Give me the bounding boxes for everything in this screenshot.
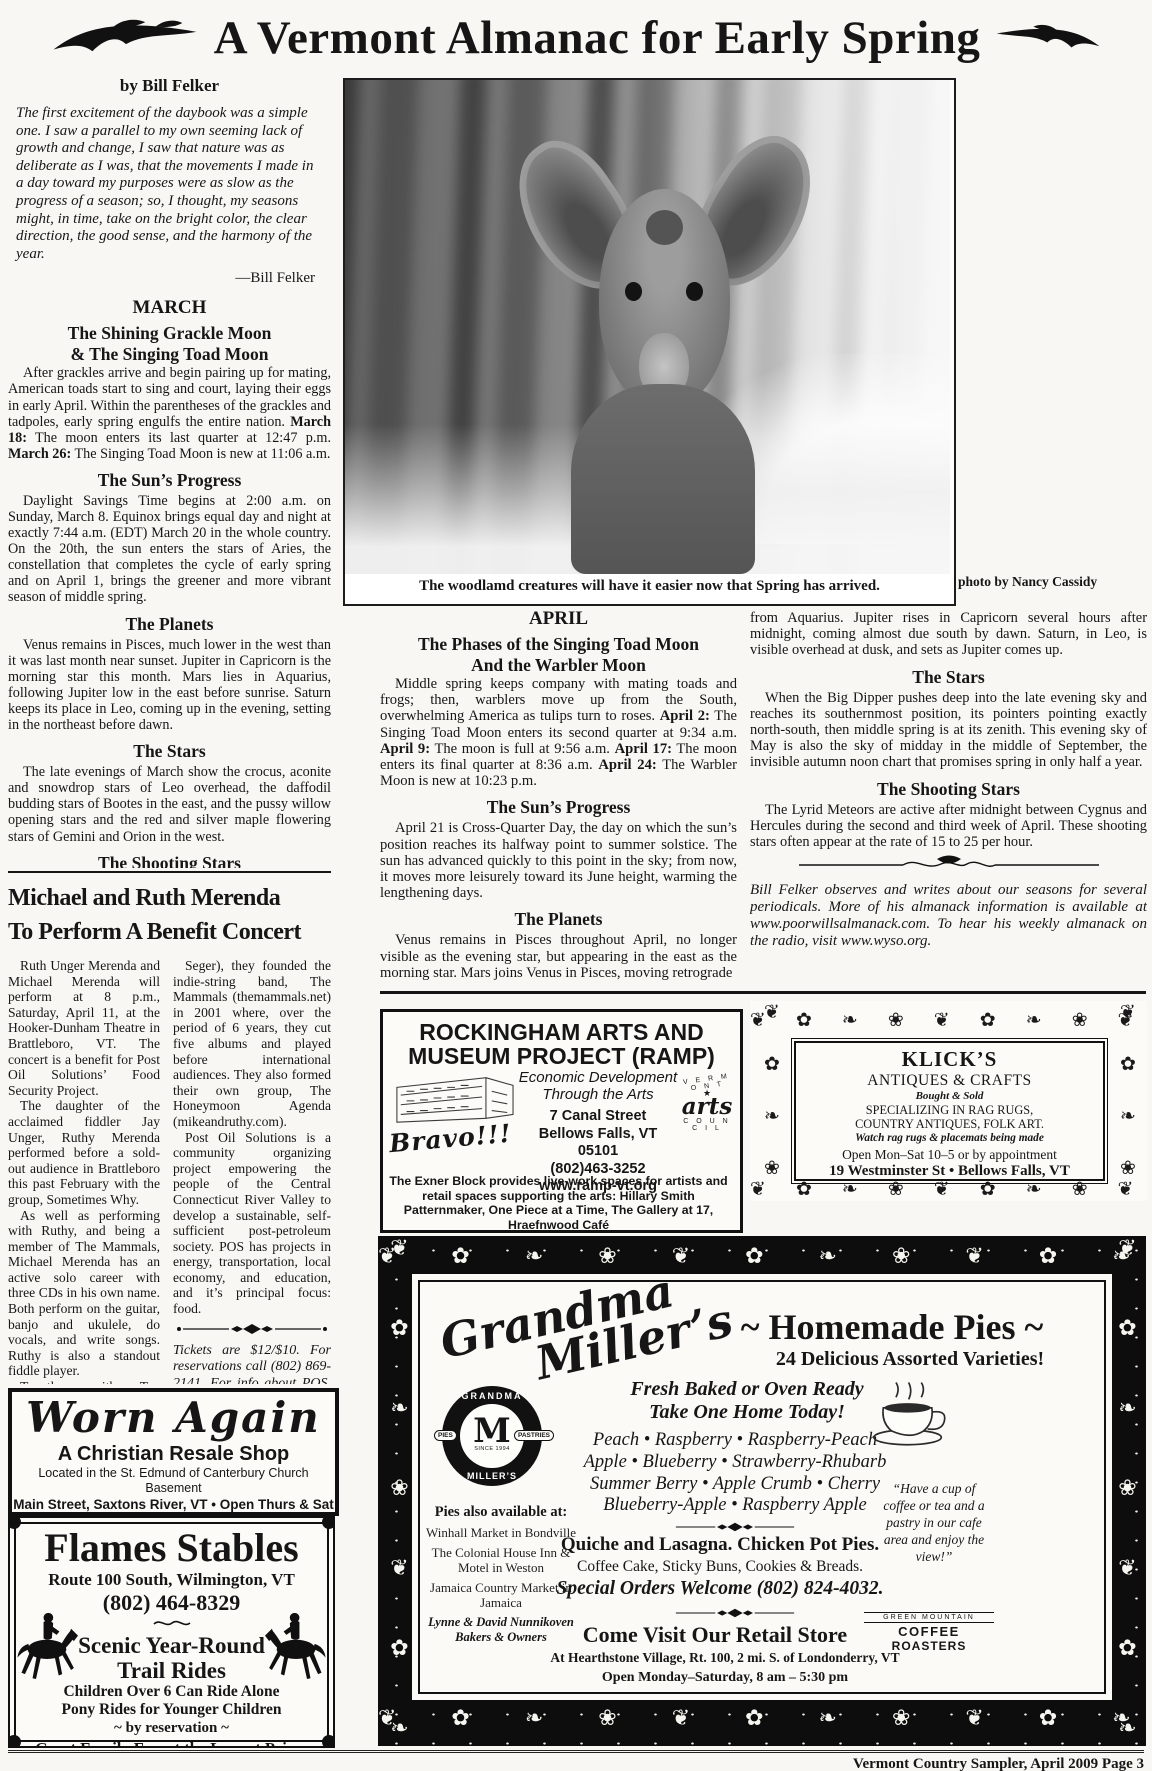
worn-again-ad: Worn Again A Christian Resale Shop Locat… <box>8 1388 339 1516</box>
grandma-millers-logo: GRANDMA M SINCE 1994 PIES PASTRIES MILLE… <box>442 1386 542 1486</box>
klicks-inner: KLICK’S ANTIQUES & CRAFTS Bought & Sold … <box>794 1041 1105 1181</box>
klicks-bought-sold: Bought & Sold <box>796 1090 1103 1102</box>
arts-council-council: C O U N C I L <box>680 1118 734 1132</box>
klicks-specialty-1: SPECIALIZING IN RAG RUGS, <box>796 1104 1103 1118</box>
april-stars-paragraph: When the Big Dipper pushes deep into the… <box>750 690 1147 771</box>
ramp-tagline-1: Economic Development <box>517 1069 679 1086</box>
ramp-city: Bellows Falls, VT 05101 <box>517 1126 679 1161</box>
april-sun-paragraph: April 21 is Cross-Quarter Day, the day o… <box>380 820 737 901</box>
merenda-paragraph: Ruth Unger Merenda and Michael Merenda w… <box>8 958 160 1098</box>
april-shooting-heading: The Shooting Stars <box>750 779 1147 799</box>
ramp-street: 7 Canal Street <box>517 1108 679 1126</box>
klicks-name: KLICK’S <box>796 1047 1103 1072</box>
floral-border-top: ❦ ✿ ❧ ❀ ❦ ✿ ❧ ❀ ❦ ✿ ❧ ❀ ❦ ✿ ❧ ❀ ❦ ✿ ❧ ❀ … <box>378 1236 1146 1280</box>
gmcr-roasters: ROASTERS <box>864 1639 994 1653</box>
klicks-address: 19 Westminster St • Bellows Falls, VT <box>796 1163 1103 1180</box>
coffee-cup-icon <box>868 1372 964 1455</box>
varieties-subhead: 24 Delicious Assorted Varieties! <box>700 1348 1120 1371</box>
quiche-line: Quiche and Lasagna. Chicken Pot Pies. <box>510 1534 930 1556</box>
flames-family-fun: Great Family Fun at the Lowest Prices Ar… <box>10 1739 333 1748</box>
page-footer: Vermont Country Sampler, April 2009 Page… <box>8 1750 1144 1771</box>
april-sun-heading: The Sun’s Progress <box>380 797 737 817</box>
klicks-antiques-crafts: ANTIQUES & CRAFTS <box>796 1072 1103 1090</box>
intro-attribution: —Bill Felker <box>8 270 331 287</box>
special-orders-line: Special Orders Welcome (802) 824-4032. <box>510 1578 930 1600</box>
vermont-arts-council-logo: V E R M O N T ★ arts C O U N C I L <box>680 1076 734 1132</box>
flames-pony: Pony Rides for Younger Children <box>10 1701 333 1719</box>
flames-reservation: ~ by reservation ~ <box>10 1719 333 1737</box>
march-sun-paragraph: Daylight Savings Time begins at 2:00 a.m… <box>8 493 331 606</box>
april-moon-title-1: The Phases of the Singing Toad Moon <box>380 634 737 655</box>
klicks-watch: Watch rag rugs & placemats being made <box>796 1132 1103 1144</box>
floral-border-bottom: ❦ ✿ ❧ ❀ ❦ ✿ ❧ ❀ ❦ ✿ ❧ ❀ ❦ ✿ ❧ ❀ ❦ ✿ ❧ ❀ … <box>750 1179 1147 1201</box>
worn-again-subtitle: A Christian Resale Shop <box>12 1442 335 1466</box>
merenda-columns: Ruth Unger Merenda and Michael Merenda w… <box>8 958 331 1384</box>
merenda-paragraph: As well as performing with Ruthy, and be… <box>8 1208 160 1380</box>
photo-caption: The woodlamd creatures will have it easi… <box>345 574 954 598</box>
deer-eye-left <box>625 282 642 301</box>
gmcr-coffee: COFFEE <box>864 1624 994 1639</box>
deer-photo-figure: The woodlamd creatures will have it easi… <box>343 78 956 606</box>
masthead: A Vermont Almanac for Early Spring <box>0 6 1152 70</box>
logo-millers-arc: MILLER’S <box>442 1471 542 1481</box>
april-moon-paragraph: Middle spring keeps company with mating … <box>380 676 737 789</box>
march-moon-paragraph: After grackles arrive and begin pairing … <box>8 365 331 462</box>
photo-credit: photo by Nancy Cassidy <box>958 574 1148 590</box>
march-stars-heading: The Stars <box>8 741 331 761</box>
horse-rider-silhouette-left-icon <box>16 1598 78 1703</box>
march-sun-heading: The Sun’s Progress <box>8 470 331 490</box>
floral-border-top: ❦ ✿ ❧ ❀ ❦ ✿ ❧ ❀ ❦ ✿ ❧ ❀ ❦ ✿ ❧ ❀ ❦ ✿ ❧ ❀ … <box>750 1001 1147 1041</box>
worn-again-location: Located in the St. Edmund of Canterbury … <box>12 1466 335 1496</box>
merenda-paragraph: Seger), they founded the indie-string ba… <box>173 958 331 1130</box>
coffee-cake-line: Coffee Cake, Sticky Buns, Cookies & Brea… <box>510 1558 930 1576</box>
logo-grandma-arc: GRANDMA <box>442 1391 542 1401</box>
newspaper-page: A Vermont Almanac for Early Spring by Bi… <box>0 0 1152 1771</box>
march-planets-heading: The Planets <box>8 614 331 634</box>
klicks-tagline: Just south of the square • (802) 463-965… <box>796 1180 1103 1181</box>
floral-border-bottom: ❦ ✿ ❧ ❀ ❦ ✿ ❧ ❀ ❦ ✿ ❧ ❀ ❦ ✿ ❧ ❀ ❦ ✿ ❧ ❀ … <box>378 1694 1146 1746</box>
green-mountain-coffee-logo: GREEN MOUNTAIN COFFEE ROASTERS <box>864 1612 994 1653</box>
deer <box>527 110 805 574</box>
arts-council-word: arts <box>680 1096 734 1118</box>
april-stars-heading: The Stars <box>750 667 1147 687</box>
deer-body <box>571 384 755 574</box>
masthead-title: A Vermont Almanac for Early Spring <box>214 11 981 65</box>
worn-again-name: Worn Again <box>12 1394 335 1442</box>
flames-route: Route 100 South, Wilmington, VT <box>10 1570 333 1590</box>
march-planets-paragraph: Venus remains in Pisces, much lower in t… <box>8 637 331 734</box>
march-moon-title-2: & The Singing Toad Moon <box>8 344 331 365</box>
april-shooting-paragraph: The Lyrid Meteors are active after midni… <box>750 802 1147 851</box>
almanac-april-column-2: from Aquarius. Jupiter rises in Capricor… <box>750 604 1147 988</box>
worn-again-address: Main Street, Saxtons River, VT • Open Th… <box>12 1496 335 1516</box>
floral-border-left: ❦ ✿ ❧ ❀ ❦ ✿ ❧ ❀ ❦ ✿ ❧ ❀ ❦ ✿ <box>750 1001 792 1201</box>
swirl-divider-icon <box>799 855 1099 878</box>
ads-rule <box>380 991 1146 994</box>
ramp-ad: ROCKINGHAM ARTS AND MUSEUM PROJECT (RAMP… <box>380 1009 743 1233</box>
cafe-quote: “Have a cup of coffee or tea and a pastr… <box>878 1480 990 1565</box>
grandma-inner: Grandma Miller’s ~ Homemade Pies ~ 24 De… <box>418 1280 1106 1694</box>
ramp-title-2: MUSEUM PROJECT (RAMP) <box>383 1044 740 1068</box>
logo-pies-pill: PIES <box>434 1430 457 1441</box>
klicks-hours: Open Mon–Sat 10–5 or by appointment <box>796 1147 1103 1163</box>
squiggle-ornament-icon <box>152 1615 192 1632</box>
march-heading: MARCH <box>8 297 331 319</box>
grandma-millers-ad: ❦ ✿ ❧ ❀ ❦ ✿ ❧ ❀ ❦ ✿ ❧ ❀ ❦ ✿ ❧ ❀ ❦ ✿ ❧ ❀ … <box>378 1236 1146 1746</box>
merenda-headline-2: To Perform A Benefit Concert <box>8 917 331 947</box>
section-rule <box>8 871 331 873</box>
march-moon-title-1: The Shining Grackle Moon <box>8 323 331 344</box>
april-planets-continued: from Aquarius. Jupiter rises in Capricor… <box>750 610 1147 659</box>
store-hours: Open Monday–Saturday, 8 am – 5:30 pm <box>515 1670 935 1686</box>
april-planets-heading: The Planets <box>380 909 737 929</box>
merenda-paragraph: Together with Tao Rodriguez (grandson of… <box>8 1379 160 1384</box>
homemade-pies-headline: ~ Homemade Pies ~ <box>682 1306 1102 1348</box>
diamond-divider-icon <box>177 1322 327 1341</box>
retail-store-headline: Come Visit Our Retail Store <box>505 1622 925 1648</box>
pies-also-title: Pies also available at: <box>422 1504 580 1521</box>
corner-ornament <box>322 1516 335 1529</box>
april-planets-paragraph: Venus remains in Pisces throughout April… <box>380 932 737 981</box>
merenda-column-b: Seger), they founded the indie-string ba… <box>173 958 331 1384</box>
ramp-tagline-2: Through the Arts <box>517 1086 679 1103</box>
ramp-footnote: The Exner Block provides live-work space… <box>389 1174 728 1232</box>
deer-photo <box>345 80 950 574</box>
merenda-column-a: Ruth Unger Merenda and Michael Merenda w… <box>8 958 160 1384</box>
floral-border-right: ❦ ✿ ❧ ❀ ❦ ✿ ❧ ❀ ❦ ✿ ❧ ❀ ❦ ✿ <box>1107 1001 1147 1201</box>
gmcr-green-mountain: GREEN MOUNTAIN <box>864 1612 994 1623</box>
deer-forehead <box>646 210 683 245</box>
floral-border-right: ❦ ✿ ❧ ❀ ❦ ✿ ❧ ❀ ❦ ✿ ❧ ❀ ❦ ✿ <box>1106 1236 1146 1746</box>
almanac-april-column: APRIL The Phases of the Singing Toad Moo… <box>380 604 737 988</box>
pie-varieties-row: Apple • Blueberry • Strawberry-Rhubarb <box>525 1452 945 1474</box>
deer-head <box>599 189 730 407</box>
merenda-headline-1: Michael and Ruth Merenda <box>8 883 331 913</box>
merenda-paragraph: The daughter of the acclaimed fiddler Ja… <box>8 1098 160 1207</box>
april-heading: APRIL <box>380 608 737 630</box>
flames-stables-ad: Flames Stables Route 100 South, Wilmingt… <box>8 1516 335 1748</box>
april-moon-title-2: And the Warbler Moon <box>380 655 737 676</box>
merenda-paragraph: Post Oil Solutions is a community organi… <box>173 1130 331 1317</box>
flames-stables-name: Flames Stables <box>10 1526 333 1570</box>
almanac-march-column: by Bill Felker The first excitement of t… <box>8 74 331 868</box>
march-stars-paragraph: The late evenings of March show the croc… <box>8 764 331 844</box>
byline: by Bill Felker <box>8 76 331 96</box>
leaf-flourish-left-icon <box>50 17 200 59</box>
ramp-title-1: ROCKINGHAM ARTS AND <box>383 1020 740 1044</box>
floral-border-left: ❦ ✿ ❧ ❀ ❦ ✿ ❧ ❀ ❦ ✿ ❧ ❀ ❦ ✿ <box>378 1236 418 1746</box>
leaf-flourish-right-icon <box>994 22 1102 54</box>
ticket-info: Tickets are $12/$10. For reservations ca… <box>173 1343 331 1384</box>
logo-since: SINCE 1994 <box>460 1446 524 1452</box>
merenda-article: Michael and Ruth Merenda To Perform A Be… <box>8 879 331 1384</box>
klicks-specialty-2: COUNTRY ANTIQUES, FOLK ART. <box>796 1118 1103 1132</box>
intro-quote: The first excitement of the daybook was … <box>8 105 331 263</box>
author-bio: Bill Felker observes and writes about ou… <box>750 882 1147 950</box>
klicks-ad: ❦ ✿ ❧ ❀ ❦ ✿ ❧ ❀ ❦ ✿ ❧ ❀ ❦ ✿ ❧ ❀ ❦ ✿ ❧ ❀ … <box>750 1001 1147 1201</box>
march-shooting-heading: The Shooting Stars <box>8 853 331 868</box>
logo-pastries-pill: PASTRIES <box>514 1430 554 1441</box>
deer-eye-right <box>686 282 703 301</box>
horse-rider-silhouette-right-icon <box>265 1598 327 1703</box>
